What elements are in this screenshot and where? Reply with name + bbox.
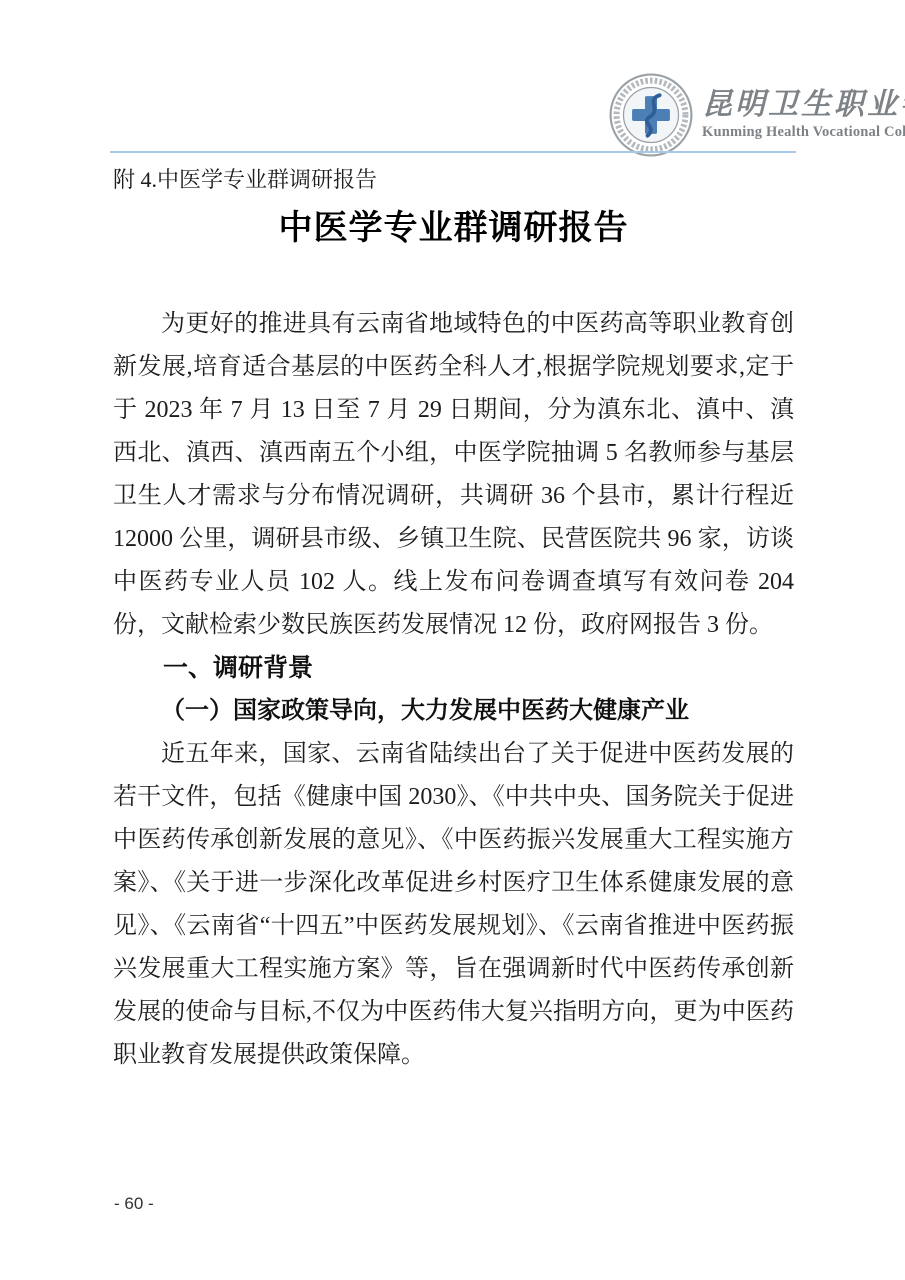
document-content: 附 4.中医学专业群调研报告 中医学专业群调研报告 为更好的推进具有云南省地域特… (113, 165, 794, 1077)
subsection-body-national-policy: 近五年来，国家、云南省陆续出台了关于促进中医药发展的若干文件，包括《健康中国 2… (113, 733, 794, 1077)
report-title: 中医学专业群调研报告 (113, 205, 794, 253)
header-divider (110, 151, 796, 153)
intro-paragraph: 为更好的推进具有云南省地域特色的中医药高等职业教育创新发展,培育适合基层的中医药… (113, 303, 794, 647)
college-name-calligraphy: 昆明卫生职业学院 (702, 88, 905, 122)
section-heading-research-background: 一、调研背景 (113, 647, 794, 690)
attachment-label: 附 4.中医学专业群调研报告 (113, 165, 794, 195)
document-page: 昆明卫生职业学院 Kunming Health Vocational Colle… (0, 0, 905, 1280)
subsection-heading-national-policy: （一）国家政策导向，大力发展中医药大健康产业 (113, 690, 794, 733)
college-name-english: Kunming Health Vocational College (702, 122, 905, 142)
college-logo: 昆明卫生职业学院 Kunming Health Vocational Colle… (608, 72, 905, 158)
college-seal-icon (608, 72, 694, 158)
page-number: - 60 - (114, 1194, 154, 1214)
college-logo-text: 昆明卫生职业学院 Kunming Health Vocational Colle… (702, 88, 905, 142)
